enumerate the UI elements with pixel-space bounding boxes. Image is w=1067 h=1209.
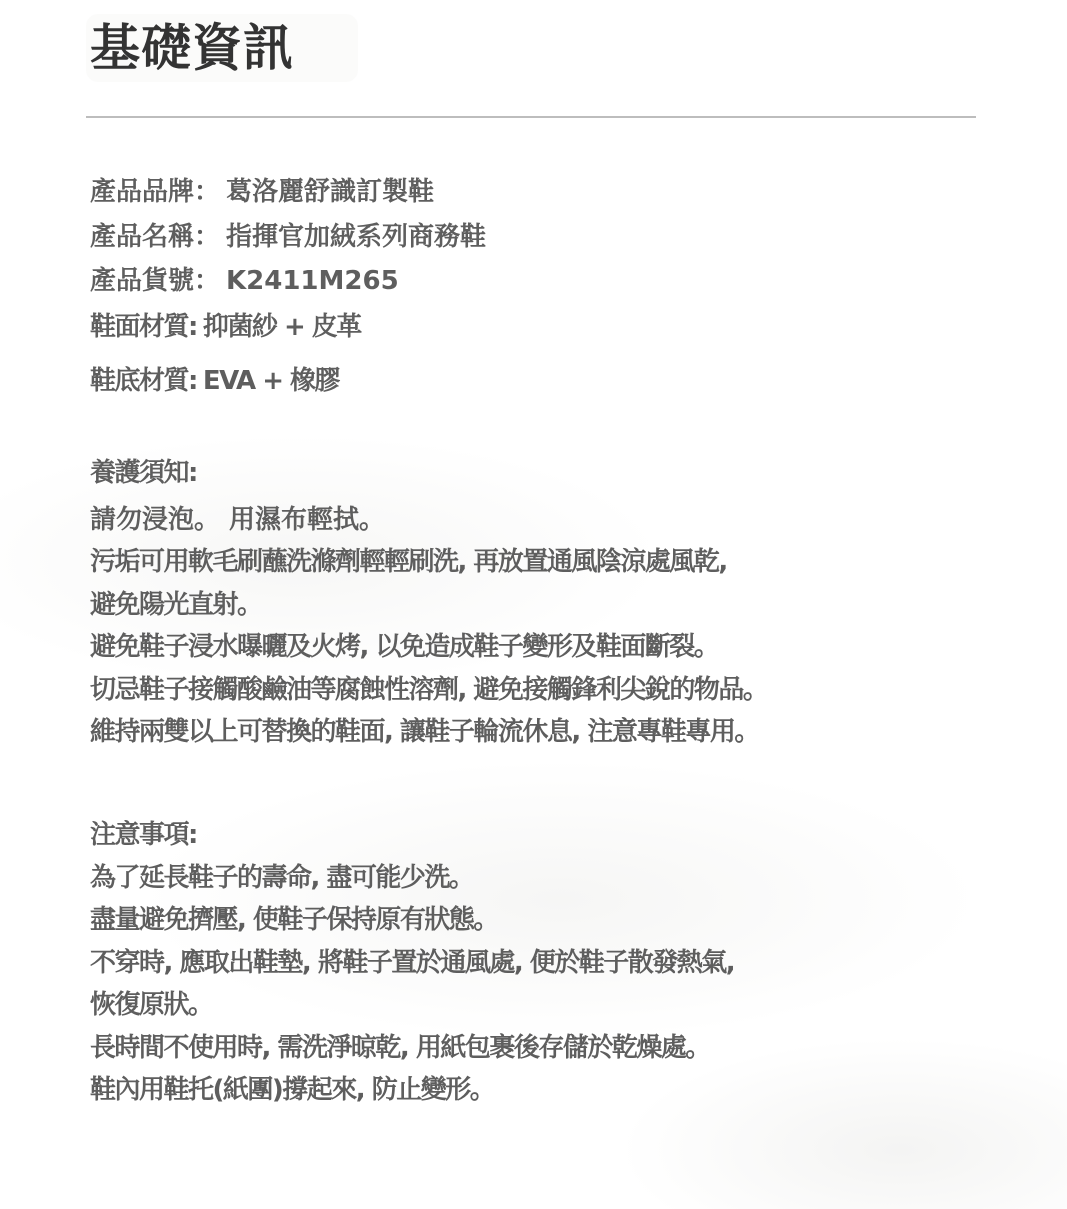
info-row-upper-material: 鞋面材質:抑菌紗 + 皮革 <box>90 310 361 344</box>
precaution-line: 鞋內用鞋托(紙團)撐起來, 防止變形。 <box>90 1073 494 1107</box>
page-title: 基礎資訊 <box>90 16 294 80</box>
info-value: 葛洛麗舒識訂製鞋 <box>226 177 434 207</box>
precaution-line: 為了延長鞋子的壽命, 盡可能少洗。 <box>90 861 473 895</box>
precaution-line: 恢復原狀。 <box>90 988 213 1022</box>
info-row-product-name: 產品名稱：指揮官加絨系列商務鞋 <box>90 220 486 254</box>
info-label: 產品貨號： <box>90 266 220 296</box>
info-value: EVA + 橡膠 <box>203 366 339 396</box>
care-heading: 養護須知: <box>90 456 197 490</box>
info-value: 抑菌紗 + 皮革 <box>203 312 361 342</box>
precaution-line: 不穿時, 應取出鞋墊, 將鞋子置於通風處, 便於鞋子散發熱氣, <box>90 946 734 980</box>
info-row-sole-material: 鞋底材質:EVA + 橡膠 <box>90 364 339 398</box>
care-line: 請勿浸泡。 用濕布輕拭。 <box>90 503 385 537</box>
info-row-brand: 產品品牌：葛洛麗舒識訂製鞋 <box>90 175 434 209</box>
care-line: 維持兩雙以上可替換的鞋面, 讓鞋子輪流休息, 注意專鞋專用。 <box>90 715 759 749</box>
info-value: 指揮官加絨系列商務鞋 <box>226 222 486 252</box>
info-label: 產品品牌： <box>90 177 220 207</box>
title-divider <box>86 116 976 118</box>
info-label: 產品名稱： <box>90 222 220 252</box>
precaution-line: 盡量避免擠壓, 使鞋子保持原有狀態。 <box>90 903 498 937</box>
care-line: 切忌鞋子接觸酸鹼油等腐蝕性溶劑, 避免接觸鋒利尖銳的物品。 <box>90 673 767 707</box>
care-line: 避免陽光直射。 <box>90 588 262 622</box>
info-label: 鞋底材質: <box>90 366 197 396</box>
info-row-item-number: 產品貨號：K2411M265 <box>90 264 399 298</box>
care-line: 污垢可用軟毛刷蘸洗滌劑輕輕刷洗, 再放置通風陰涼處風乾, <box>90 545 727 579</box>
care-line: 避免鞋子浸水曝曬及火烤, 以免造成鞋子變形及鞋面斷裂。 <box>90 630 718 664</box>
info-value: K2411M265 <box>226 266 399 296</box>
info-label: 鞋面材質: <box>90 312 197 342</box>
precautions-heading: 注意事項: <box>90 818 197 852</box>
precaution-line: 長時間不使用時, 需洗淨晾乾, 用紙包裹後存儲於乾燥處。 <box>90 1031 710 1065</box>
